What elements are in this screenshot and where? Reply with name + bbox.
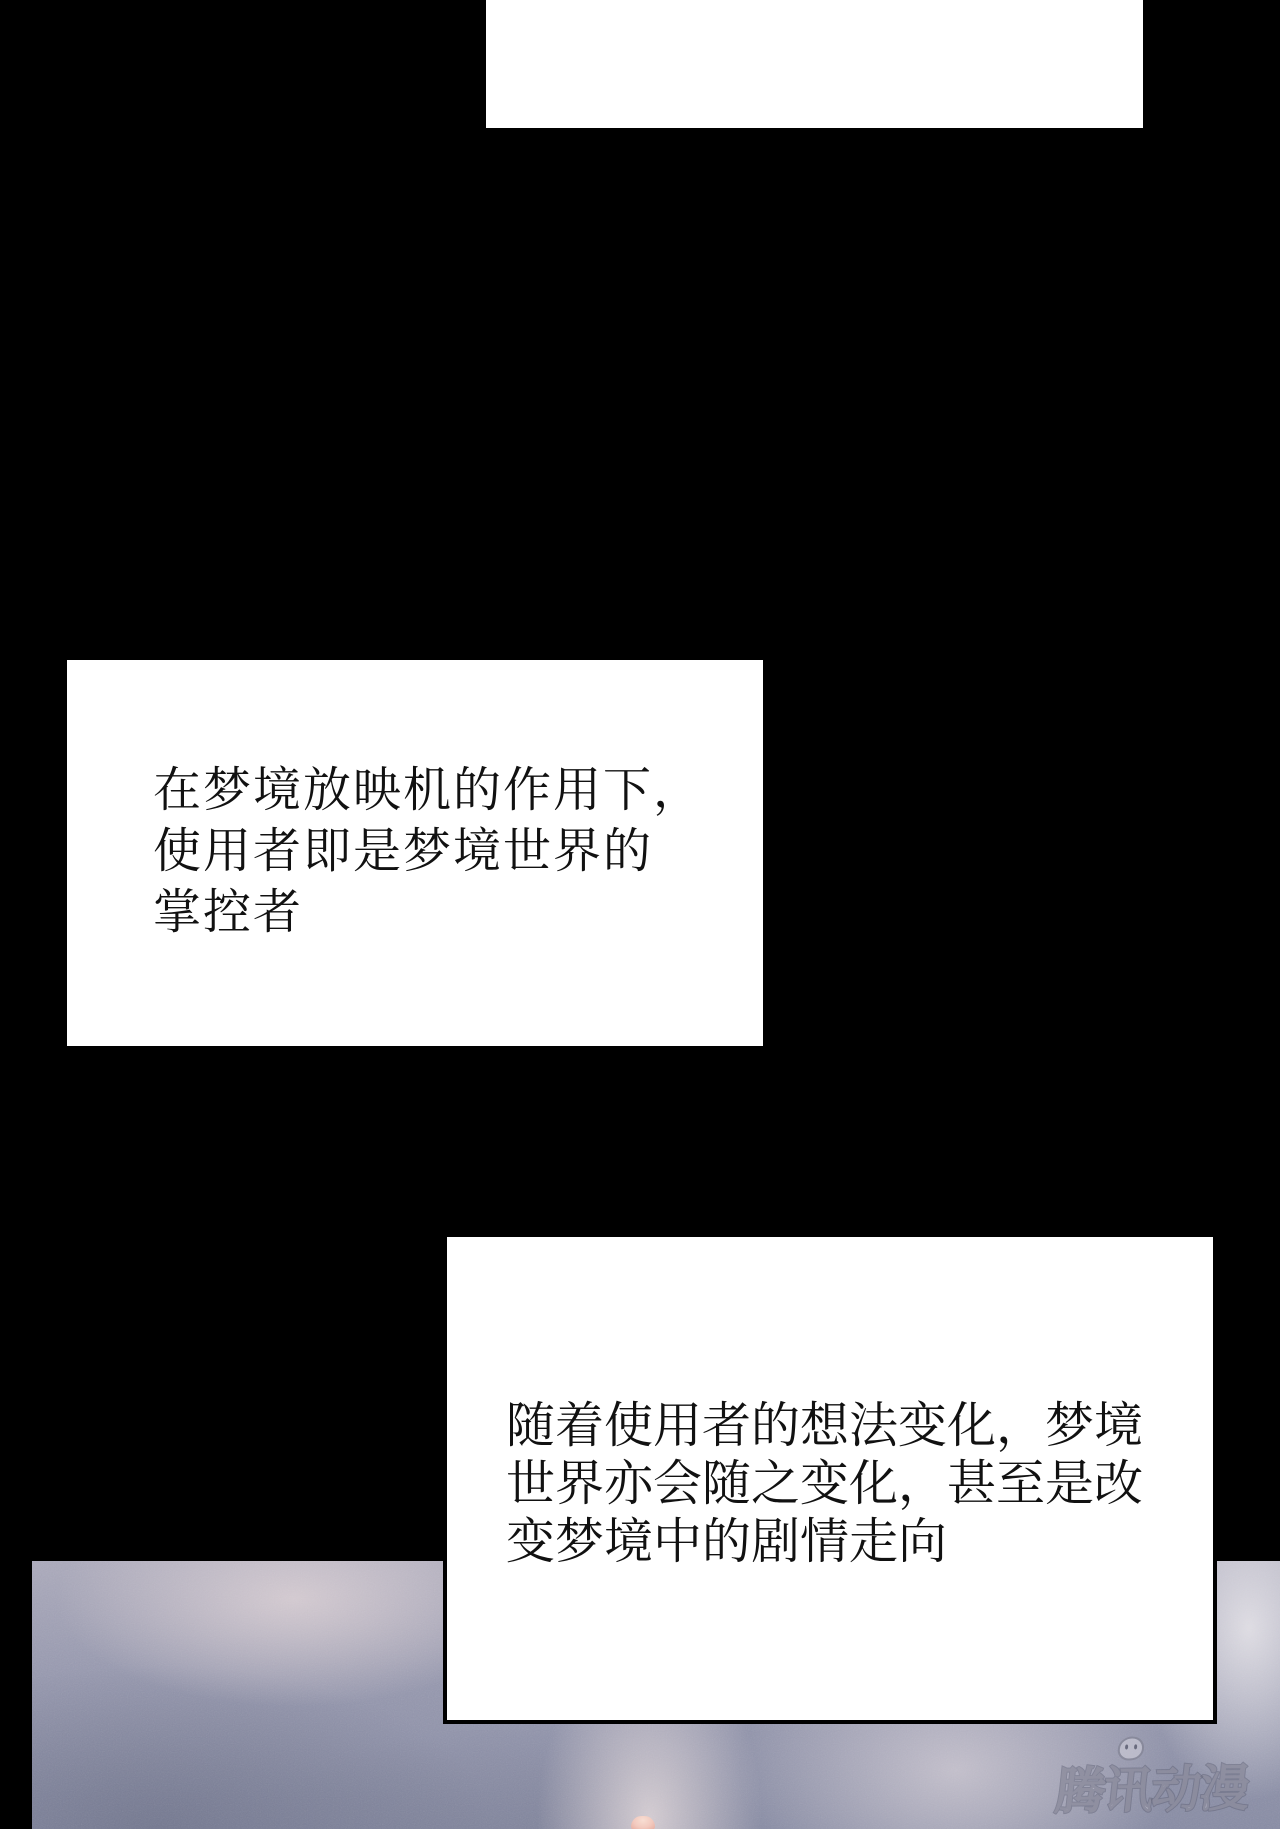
narration-line: 使用者即是梦境世界的	[153, 821, 703, 882]
narration-line: 变梦境中的剧情走向	[506, 1513, 1143, 1571]
narration-text-2: 随着使用者的想法变化，梦境 世界亦会随之变化，甚至是改 变梦境中的剧情走向	[506, 1397, 1143, 1571]
penguin-mascot-icon	[1117, 1736, 1146, 1760]
narration-line: 掌控者	[153, 882, 703, 943]
watermark-text: 腾讯动漫	[1052, 1759, 1250, 1820]
narration-box-2: 随着使用者的想法变化，梦境 世界亦会随之变化，甚至是改 变梦境中的剧情走向	[443, 1233, 1217, 1724]
fingertip-artwork	[631, 1816, 655, 1829]
narration-text-1: 在梦境放映机的作用下， 使用者即是梦境世界的 掌控者	[153, 760, 703, 943]
narration-line: 随着使用者的想法变化，梦境	[506, 1397, 1143, 1455]
narration-line: 世界亦会随之变化，甚至是改	[506, 1455, 1143, 1513]
comic-page: 在梦境放映机的作用下， 使用者即是梦境世界的 掌控者 随着使用者的想法变化，梦境…	[0, 0, 1280, 1829]
narration-box-1: 在梦境放映机的作用下， 使用者即是梦境世界的 掌控者	[67, 660, 763, 1046]
tencent-comics-watermark: 腾讯动漫	[1052, 1748, 1252, 1823]
narration-line: 在梦境放映机的作用下，	[153, 760, 703, 821]
top-blank-panel	[486, 0, 1143, 128]
